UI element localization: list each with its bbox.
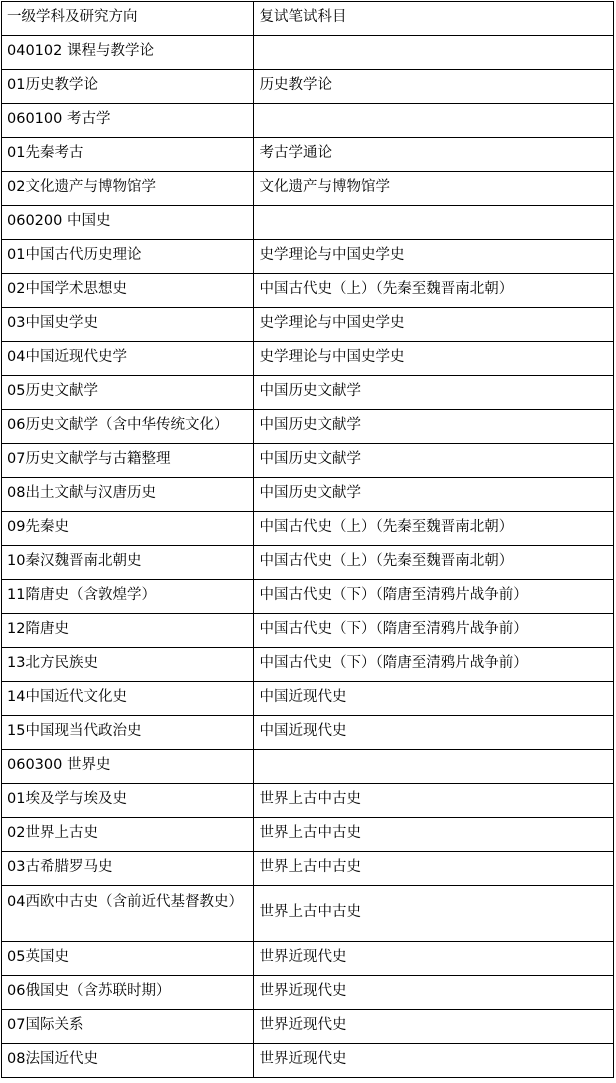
cell-subject: 中国近现代史 xyxy=(254,716,614,750)
cell-direction: 060100 考古学 xyxy=(2,104,254,138)
table-row: 07国际关系 世界近现代史 xyxy=(2,1010,614,1044)
cell-subject: 中国古代史（下）（隋唐至清鸦片战争前） xyxy=(254,580,614,614)
table-row: 06俄国史（含苏联时期） 世界近现代史 xyxy=(2,976,614,1010)
table-row: 02世界上古史 世界上古中古史 xyxy=(2,818,614,852)
cell-direction: 14中国近代文化史 xyxy=(2,682,254,716)
table-row: 09先秦史 中国古代史（上）（先秦至魏晋南北朝） xyxy=(2,512,614,546)
table-row: 06历史文献学（含中华传统文化） 中国历史文献学 xyxy=(2,410,614,444)
cell-direction: 01埃及学与埃及史 xyxy=(2,784,254,818)
cell-subject: 世界近现代史 xyxy=(254,942,614,976)
header-subject: 复试笔试科目 xyxy=(254,2,614,36)
cell-subject xyxy=(254,104,614,138)
cell-subject: 中国古代史（上）（先秦至魏晋南北朝） xyxy=(254,274,614,308)
cell-direction: 04西欧中古史（含前近代基督教史） xyxy=(2,886,254,942)
cell-subject: 世界上古中古史 xyxy=(254,784,614,818)
cell-subject: 世界上古中古史 xyxy=(254,886,614,942)
table-row: 11隋唐史（含敦煌学） 中国古代史（下）（隋唐至清鸦片战争前） xyxy=(2,580,614,614)
cell-subject xyxy=(254,750,614,784)
cell-direction: 07历史文献学与古籍整理 xyxy=(2,444,254,478)
cell-subject: 中国古代史（上）（先秦至魏晋南北朝） xyxy=(254,512,614,546)
table-row: 15中国现当代政治史 中国近现代史 xyxy=(2,716,614,750)
table-row: 01先秦考古 考古学通论 xyxy=(2,138,614,172)
cell-direction: 03中国史学史 xyxy=(2,308,254,342)
cell-subject xyxy=(254,206,614,240)
table-row: 01历史教学论 历史教学论 xyxy=(2,70,614,104)
cell-direction: 02中国学术思想史 xyxy=(2,274,254,308)
cell-direction: 060200 中国史 xyxy=(2,206,254,240)
cell-subject: 世界上古中古史 xyxy=(254,852,614,886)
table-row: 05历史文献学 中国历史文献学 xyxy=(2,376,614,410)
cell-subject: 中国历史文献学 xyxy=(254,478,614,512)
cell-direction: 01历史教学论 xyxy=(2,70,254,104)
table-row: 060200 中国史 xyxy=(2,206,614,240)
table-row: 10秦汉魏晋南北朝史 中国古代史（上）（先秦至魏晋南北朝） xyxy=(2,546,614,580)
cell-subject: 历史教学论 xyxy=(254,70,614,104)
cell-direction: 04中国近现代史学 xyxy=(2,342,254,376)
cell-subject: 文化遗产与博物馆学 xyxy=(254,172,614,206)
table-row: 05英国史 世界近现代史 xyxy=(2,942,614,976)
cell-subject: 中国历史文献学 xyxy=(254,444,614,478)
cell-subject: 考古学通论 xyxy=(254,138,614,172)
table-row: 04西欧中古史（含前近代基督教史） 世界上古中古史 xyxy=(2,886,614,942)
table-row: 03古希腊罗马史 世界上古中古史 xyxy=(2,852,614,886)
cell-subject: 世界近现代史 xyxy=(254,976,614,1010)
cell-direction: 040102 课程与教学论 xyxy=(2,36,254,70)
cell-subject: 中国近现代史 xyxy=(254,682,614,716)
table-row: 040102 课程与教学论 xyxy=(2,36,614,70)
exam-subjects-table: 一级学科及研究方向 复试笔试科目 040102 课程与教学论 01历史教学论 历… xyxy=(1,1,614,1078)
cell-direction: 10秦汉魏晋南北朝史 xyxy=(2,546,254,580)
cell-subject: 世界近现代史 xyxy=(254,1044,614,1078)
cell-direction: 09先秦史 xyxy=(2,512,254,546)
cell-subject: 中国古代史（下）（隋唐至清鸦片战争前） xyxy=(254,614,614,648)
table-row: 07历史文献学与古籍整理 中国历史文献学 xyxy=(2,444,614,478)
cell-direction: 02世界上古史 xyxy=(2,818,254,852)
cell-direction: 060300 世界史 xyxy=(2,750,254,784)
table-header-row: 一级学科及研究方向 复试笔试科目 xyxy=(2,2,614,36)
cell-subject: 中国古代史（下）（隋唐至清鸦片战争前） xyxy=(254,648,614,682)
cell-subject: 史学理论与中国史学史 xyxy=(254,308,614,342)
cell-direction: 01中国古代历史理论 xyxy=(2,240,254,274)
cell-direction: 12隋唐史 xyxy=(2,614,254,648)
table-row: 08出土文献与汉唐历史 中国历史文献学 xyxy=(2,478,614,512)
table-row: 060300 世界史 xyxy=(2,750,614,784)
table-row: 12隋唐史 中国古代史（下）（隋唐至清鸦片战争前） xyxy=(2,614,614,648)
cell-direction: 11隋唐史（含敦煌学） xyxy=(2,580,254,614)
table-row: 13北方民族史 中国古代史（下）（隋唐至清鸦片战争前） xyxy=(2,648,614,682)
cell-subject xyxy=(254,36,614,70)
cell-subject: 史学理论与中国史学史 xyxy=(254,342,614,376)
cell-direction: 03古希腊罗马史 xyxy=(2,852,254,886)
table-row: 04中国近现代史学 史学理论与中国史学史 xyxy=(2,342,614,376)
cell-direction: 07国际关系 xyxy=(2,1010,254,1044)
cell-direction: 02文化遗产与博物馆学 xyxy=(2,172,254,206)
cell-direction: 15中国现当代政治史 xyxy=(2,716,254,750)
table-row: 03中国史学史 史学理论与中国史学史 xyxy=(2,308,614,342)
cell-direction: 08出土文献与汉唐历史 xyxy=(2,478,254,512)
cell-direction: 08法国近代史 xyxy=(2,1044,254,1078)
table-row: 02文化遗产与博物馆学 文化遗产与博物馆学 xyxy=(2,172,614,206)
cell-subject: 史学理论与中国史学史 xyxy=(254,240,614,274)
cell-direction: 05历史文献学 xyxy=(2,376,254,410)
table-row: 01埃及学与埃及史 世界上古中古史 xyxy=(2,784,614,818)
cell-direction: 01先秦考古 xyxy=(2,138,254,172)
cell-direction: 06历史文献学（含中华传统文化） xyxy=(2,410,254,444)
header-direction: 一级学科及研究方向 xyxy=(2,2,254,36)
cell-direction: 13北方民族史 xyxy=(2,648,254,682)
cell-subject: 世界上古中古史 xyxy=(254,818,614,852)
table-row: 08法国近代史 世界近现代史 xyxy=(2,1044,614,1078)
cell-subject: 中国历史文献学 xyxy=(254,410,614,444)
table-row: 02中国学术思想史 中国古代史（上）（先秦至魏晋南北朝） xyxy=(2,274,614,308)
cell-subject: 中国古代史（上）（先秦至魏晋南北朝） xyxy=(254,546,614,580)
cell-direction: 05英国史 xyxy=(2,942,254,976)
cell-subject: 中国历史文献学 xyxy=(254,376,614,410)
table-row: 060100 考古学 xyxy=(2,104,614,138)
table-row: 14中国近代文化史 中国近现代史 xyxy=(2,682,614,716)
table-row: 01中国古代历史理论 史学理论与中国史学史 xyxy=(2,240,614,274)
cell-subject: 世界近现代史 xyxy=(254,1010,614,1044)
cell-direction: 06俄国史（含苏联时期） xyxy=(2,976,254,1010)
